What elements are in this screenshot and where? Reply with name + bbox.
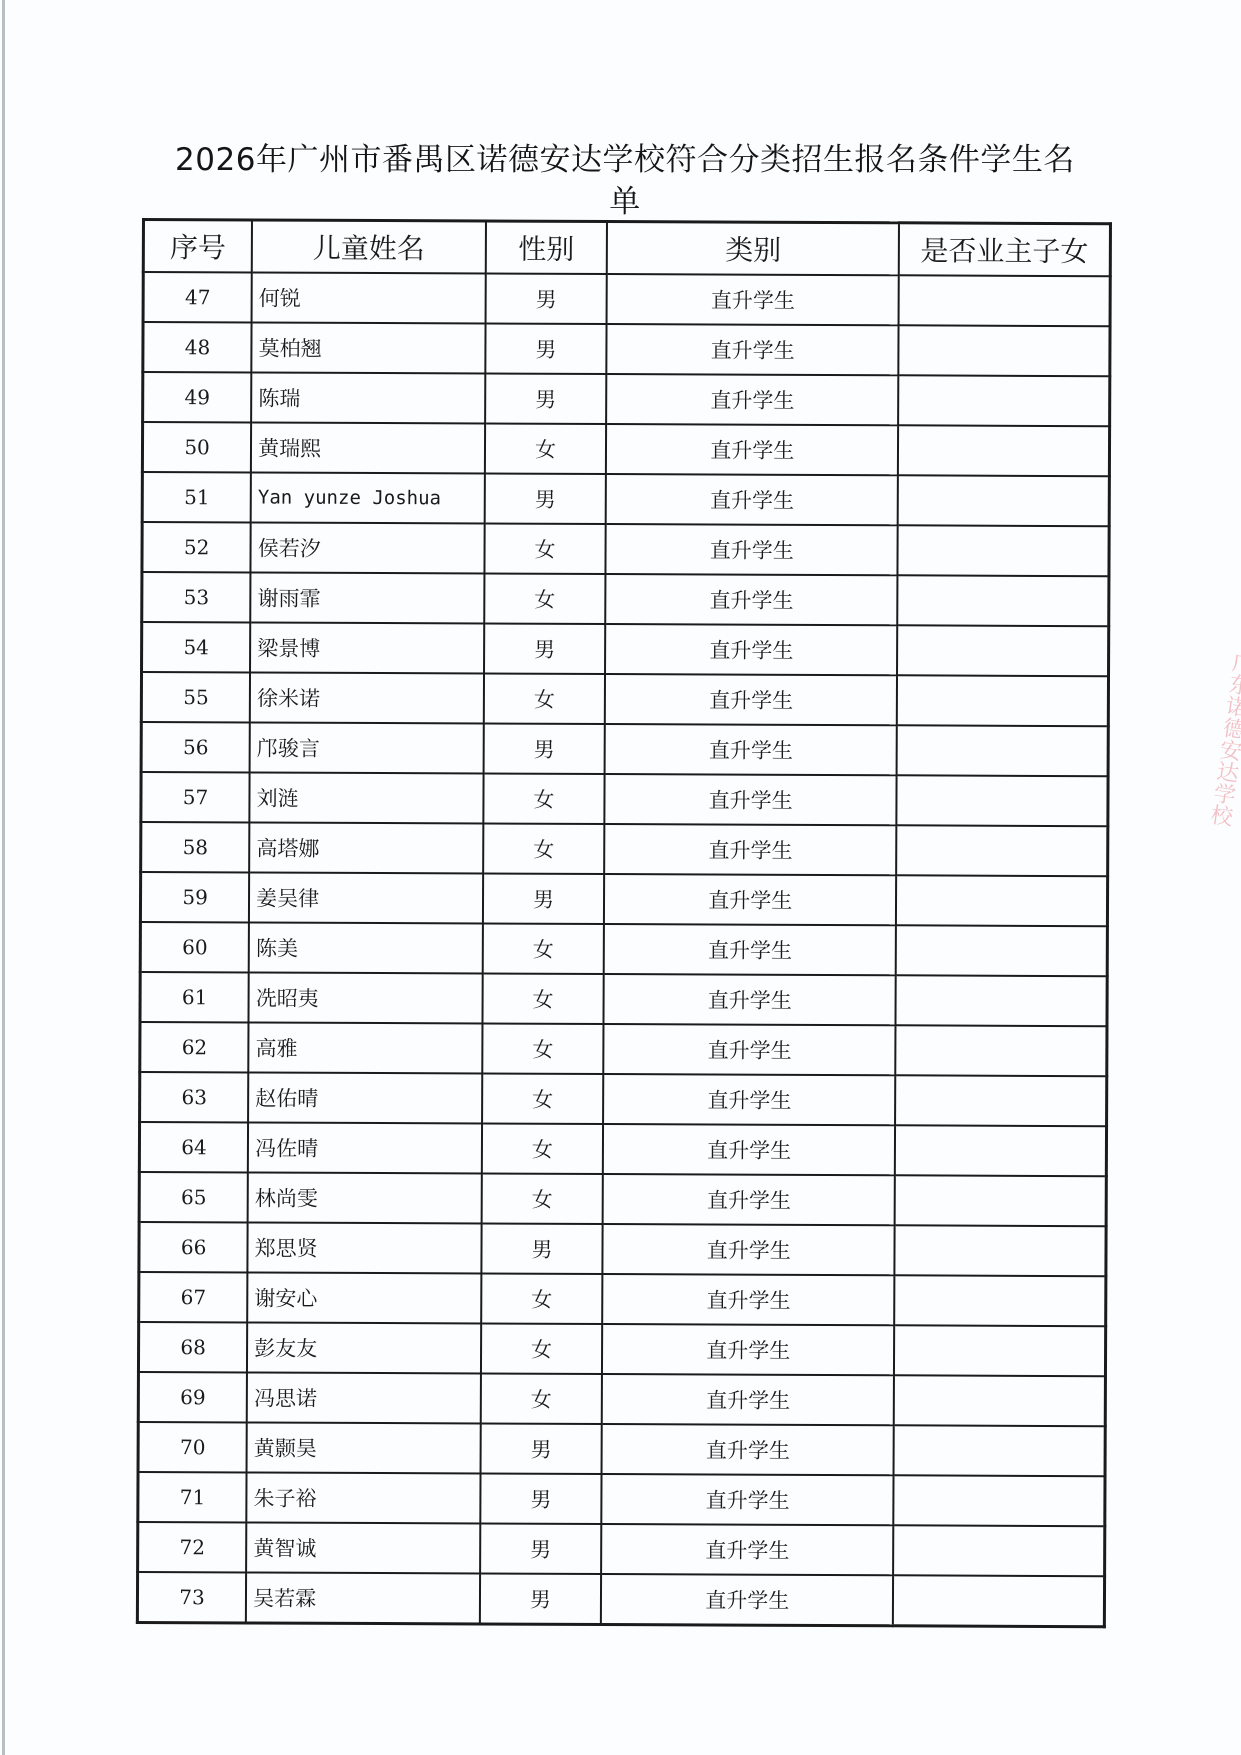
table-row: 70黄颢昊男直升学生 [138, 1422, 1105, 1476]
cell-serial-number: 59 [140, 872, 249, 922]
cell-gender: 女 [481, 1123, 603, 1174]
cell-child-name: 高塔娜 [249, 822, 483, 873]
cell-serial-number: 49 [143, 372, 252, 422]
table-row: 47何锐男直升学生 [143, 272, 1110, 326]
cell-child-name: Yan yunze Joshua [251, 472, 485, 523]
cell-category: 直升学生 [605, 624, 897, 675]
cell-owner-child [898, 325, 1110, 376]
cell-category: 直升学生 [604, 924, 896, 975]
cell-owner-child [899, 275, 1111, 326]
cell-serial-number: 50 [142, 422, 251, 472]
cell-child-name: 侯若汐 [251, 522, 485, 573]
table-row: 68彭友友女直升学生 [138, 1322, 1105, 1376]
cell-gender: 女 [481, 1273, 603, 1324]
cell-gender: 男 [483, 723, 605, 774]
cell-gender: 女 [484, 423, 606, 474]
cell-child-name: 谢雨霏 [250, 572, 484, 623]
table-row: 59姜吴律男直升学生 [140, 872, 1107, 926]
table-row: 49陈瑞男直升学生 [143, 372, 1110, 426]
cell-owner-child [894, 1425, 1106, 1476]
cell-category: 直升学生 [604, 874, 896, 925]
cell-gender: 男 [485, 373, 607, 424]
cell-category: 直升学生 [602, 1424, 894, 1475]
table-row: 71朱子裕男直升学生 [138, 1472, 1105, 1526]
cell-owner-child [893, 1525, 1105, 1576]
cell-owner-child [894, 1325, 1106, 1376]
cell-gender: 男 [480, 1423, 602, 1474]
table-row: 55徐米诺女直升学生 [141, 672, 1108, 726]
cell-category: 直升学生 [602, 1474, 894, 1525]
cell-category: 直升学生 [605, 674, 897, 725]
cell-child-name: 黄颢昊 [247, 1422, 481, 1473]
cell-child-name: 黄智诚 [246, 1522, 480, 1573]
roster-body: 47何锐男直升学生48莫柏翘男直升学生49陈瑞男直升学生50黄瑞熙女直升学生51… [137, 272, 1110, 1627]
cell-gender: 女 [484, 573, 606, 624]
cell-child-name: 黄瑞熙 [251, 422, 485, 473]
table-row: 62高雅女直升学生 [140, 1022, 1107, 1076]
red-seal-stamp-fragment: 广东诺德安达学校 [1191, 649, 1241, 901]
cell-serial-number: 72 [138, 1522, 247, 1572]
table-row: 51Yan yunze Joshua男直升学生 [142, 472, 1109, 526]
cell-gender: 女 [482, 1023, 604, 1074]
student-roster-table: 序号 儿童姓名 性别 类别 是否业主子女 47何锐男直升学生48莫柏翘男直升学生… [136, 218, 1112, 1628]
cell-category: 直升学生 [603, 1224, 895, 1275]
cell-category: 直升学生 [605, 774, 897, 825]
cell-serial-number: 68 [138, 1322, 247, 1372]
cell-category: 直升学生 [602, 1374, 894, 1425]
cell-child-name: 莫柏翘 [251, 322, 485, 373]
table-row: 57刘涟女直升学生 [141, 772, 1108, 826]
table-row: 58高塔娜女直升学生 [141, 822, 1108, 876]
cell-child-name: 冯思诺 [247, 1372, 481, 1423]
cell-child-name: 姜吴律 [249, 872, 483, 923]
cell-child-name: 陈美 [249, 922, 483, 973]
cell-category: 直升学生 [607, 274, 899, 325]
cell-serial-number: 69 [138, 1372, 247, 1422]
cell-serial-number: 71 [138, 1472, 247, 1522]
cell-gender: 女 [484, 523, 606, 574]
cell-child-name: 朱子裕 [246, 1472, 480, 1523]
cell-owner-child [896, 925, 1108, 976]
cell-serial-number: 58 [141, 822, 250, 872]
cell-category: 直升学生 [601, 1524, 893, 1575]
header-owner-child: 是否业主子女 [899, 223, 1111, 276]
cell-category: 直升学生 [603, 1174, 895, 1225]
table-row: 63赵佑晴女直升学生 [140, 1072, 1107, 1126]
cell-category: 直升学生 [607, 324, 899, 375]
cell-owner-child [897, 725, 1109, 776]
cell-category: 直升学生 [606, 524, 898, 575]
cell-owner-child [898, 375, 1110, 426]
table-row: 69冯思诺女直升学生 [138, 1372, 1105, 1426]
cell-gender: 男 [485, 323, 607, 374]
cell-serial-number: 70 [138, 1422, 247, 1472]
cell-owner-child [897, 575, 1109, 626]
cell-gender: 男 [480, 1473, 602, 1524]
cell-child-name: 何锐 [252, 272, 486, 323]
cell-owner-child [896, 975, 1108, 1026]
cell-child-name: 郑思贤 [248, 1222, 482, 1273]
cell-category: 直升学生 [606, 474, 898, 525]
table-row: 73吴若霖男直升学生 [137, 1572, 1104, 1627]
cell-serial-number: 53 [142, 572, 251, 622]
table-row: 66郑思贤男直升学生 [139, 1222, 1106, 1276]
cell-gender: 男 [484, 473, 606, 524]
cell-category: 直升学生 [606, 424, 898, 475]
table-row: 50黄瑞熙女直升学生 [142, 422, 1109, 476]
cell-owner-child [895, 1175, 1107, 1226]
cell-serial-number: 67 [139, 1272, 248, 1322]
cell-category: 直升学生 [601, 1574, 893, 1626]
header-serial-number: 序号 [143, 220, 252, 273]
table-row: 65林尚雯女直升学生 [139, 1172, 1106, 1226]
cell-serial-number: 60 [140, 922, 249, 972]
table-row: 72黄智诚男直升学生 [138, 1522, 1105, 1576]
cell-serial-number: 55 [141, 672, 250, 722]
cell-gender: 女 [482, 973, 604, 1024]
table-row: 56邝骏言男直升学生 [141, 722, 1108, 776]
table-row: 61冼昭夷女直升学生 [140, 972, 1107, 1026]
cell-child-name: 吴若霖 [246, 1572, 480, 1624]
cell-child-name: 赵佑晴 [248, 1072, 482, 1123]
cell-gender: 男 [479, 1573, 601, 1624]
cell-child-name: 刘涟 [250, 772, 484, 823]
cell-serial-number: 65 [139, 1172, 248, 1222]
scan-edge-artifact [2, 0, 5, 1755]
cell-gender: 男 [481, 1223, 603, 1274]
cell-serial-number: 56 [141, 722, 250, 772]
cell-category: 直升学生 [605, 824, 897, 875]
cell-owner-child [894, 1275, 1106, 1326]
cell-serial-number: 64 [139, 1122, 248, 1172]
cell-owner-child [895, 1225, 1107, 1276]
cell-owner-child [898, 425, 1110, 476]
table-row: 67谢安心女直升学生 [139, 1272, 1106, 1326]
cell-gender: 男 [480, 1523, 602, 1574]
header-child-name: 儿童姓名 [252, 220, 486, 274]
cell-child-name: 徐米诺 [250, 672, 484, 723]
cell-gender: 女 [481, 1173, 603, 1224]
cell-gender: 男 [483, 873, 605, 924]
cell-child-name: 高雅 [248, 1022, 482, 1073]
cell-category: 直升学生 [604, 1024, 896, 1075]
document-title: 2026年广州市番禺区诺德安达学校符合分类招生报名条件学生名 单 [120, 139, 1130, 223]
cell-category: 直升学生 [603, 1124, 895, 1175]
title-line-2: 单 [609, 184, 641, 220]
cell-serial-number: 54 [142, 622, 251, 672]
header-gender: 性别 [485, 221, 607, 274]
cell-serial-number: 73 [137, 1572, 246, 1623]
cell-gender: 女 [481, 1323, 603, 1374]
cell-child-name: 邝骏言 [250, 722, 484, 773]
cell-category: 直升学生 [603, 1074, 895, 1125]
cell-category: 直升学生 [606, 574, 898, 625]
header-category: 类别 [607, 222, 899, 276]
cell-owner-child [897, 775, 1109, 826]
cell-owner-child [897, 625, 1109, 676]
cell-gender: 男 [485, 273, 607, 324]
cell-child-name: 陈瑞 [251, 372, 485, 423]
cell-owner-child [898, 475, 1110, 526]
cell-owner-child [896, 825, 1108, 876]
cell-owner-child [895, 1025, 1107, 1076]
table-row: 52侯若汐女直升学生 [142, 522, 1109, 576]
cell-category: 直升学生 [603, 1274, 895, 1325]
cell-category: 直升学生 [605, 724, 897, 775]
table-row: 53谢雨霏女直升学生 [142, 572, 1109, 626]
cell-gender: 女 [482, 1073, 604, 1124]
cell-serial-number: 47 [143, 272, 252, 322]
title-line-1: 2026年广州市番禺区诺德安达学校符合分类招生报名条件学生名 [175, 142, 1075, 178]
cell-gender: 女 [483, 673, 605, 724]
cell-child-name: 梁景博 [250, 622, 484, 673]
cell-serial-number: 62 [140, 1022, 249, 1072]
cell-serial-number: 61 [140, 972, 249, 1022]
cell-gender: 男 [484, 623, 606, 674]
table-row: 64冯佐晴女直升学生 [139, 1122, 1106, 1176]
cell-child-name: 谢安心 [247, 1272, 481, 1323]
cell-category: 直升学生 [606, 374, 898, 425]
cell-owner-child [894, 1375, 1106, 1426]
cell-child-name: 彭友友 [247, 1322, 481, 1373]
cell-gender: 女 [482, 923, 604, 974]
cell-serial-number: 48 [143, 322, 252, 372]
table-row: 54梁景博男直升学生 [142, 622, 1109, 676]
cell-child-name: 冼昭夷 [249, 972, 483, 1023]
cell-serial-number: 52 [142, 522, 251, 572]
cell-gender: 女 [483, 823, 605, 874]
cell-gender: 女 [480, 1373, 602, 1424]
cell-child-name: 冯佐晴 [248, 1122, 482, 1173]
cell-child-name: 林尚雯 [248, 1172, 482, 1223]
table-row: 60陈美女直升学生 [140, 922, 1107, 976]
cell-owner-child [896, 875, 1108, 926]
table-row: 48莫柏翘男直升学生 [143, 322, 1110, 376]
header-row: 序号 儿童姓名 性别 类别 是否业主子女 [143, 220, 1110, 277]
cell-owner-child [897, 675, 1109, 726]
cell-serial-number: 63 [140, 1072, 249, 1122]
cell-serial-number: 51 [142, 472, 251, 522]
cell-owner-child [895, 1075, 1107, 1126]
cell-category: 直升学生 [602, 1324, 894, 1375]
stamp-text: 广东诺德安达学校 [1201, 649, 1241, 828]
cell-serial-number: 66 [139, 1222, 248, 1272]
cell-owner-child [895, 1125, 1107, 1176]
cell-owner-child [898, 525, 1110, 576]
cell-owner-child [893, 1575, 1105, 1626]
cell-category: 直升学生 [604, 974, 896, 1025]
cell-gender: 女 [483, 773, 605, 824]
cell-serial-number: 57 [141, 772, 250, 822]
cell-owner-child [893, 1475, 1105, 1526]
